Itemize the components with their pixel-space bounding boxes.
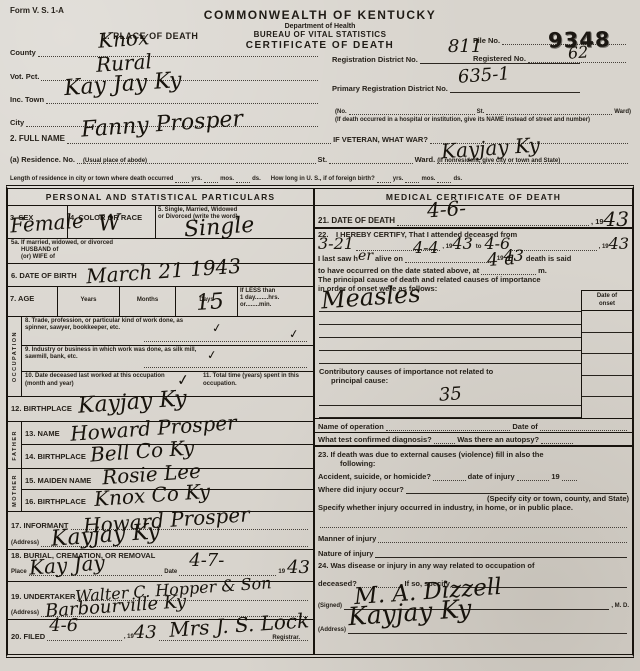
- certify-death-said: death is said: [526, 254, 571, 263]
- len-yrs: yrs.: [191, 176, 202, 183]
- cause-of-death-value: Measles: [320, 284, 421, 312]
- father-vertical-strip: FATHER: [8, 422, 22, 468]
- age-label: 7. AGE: [10, 294, 34, 303]
- occupation-vertical-label: OCCUPATION: [12, 331, 18, 382]
- age-label-cell: 7. AGE: [8, 287, 58, 316]
- residence-st-label: St.: [318, 155, 328, 164]
- burial-place-label: Place: [11, 569, 27, 576]
- injury-date-line: [517, 472, 550, 481]
- form-number: Form V. S. 1-A: [10, 6, 64, 16]
- filed-label: 20. FILED: [11, 632, 45, 641]
- length-residence-row: Length of residence in city or town wher…: [10, 174, 630, 183]
- len-mos2: mos.: [421, 176, 435, 183]
- age-less-2: 1 day........hrs.: [240, 295, 311, 302]
- father-name-label: 13. NAME: [25, 429, 60, 438]
- operation-date-label: Date of: [512, 422, 537, 431]
- registration-district-label: Registration District No.: [332, 55, 418, 64]
- primary-district-row: Primary Registration District No. 635-1: [332, 84, 582, 93]
- autopsy-line: [541, 435, 573, 444]
- inc-town-label: Inc. Town: [10, 95, 44, 104]
- certify-to-line: [512, 242, 596, 251]
- cause-area: Measles Contributory causes of importanc…: [315, 291, 632, 419]
- st-note-line: [486, 106, 612, 115]
- no-note-line: [349, 106, 475, 115]
- residence-ward-label: Ward.: [415, 155, 436, 164]
- informant-address-label: (Address): [11, 540, 39, 547]
- filed-year-value: 43: [134, 625, 157, 641]
- len-yrs2: yrs.: [393, 176, 404, 183]
- certify-m-label: m.: [538, 266, 547, 275]
- date-of-onset-box: Date of onset: [581, 290, 633, 311]
- len-line-4: [377, 174, 391, 183]
- age-months-label: Months: [137, 297, 158, 303]
- onset-cell: [582, 333, 632, 355]
- where-injury-label: Where did injury occur?: [318, 485, 404, 494]
- len-mos: mos.: [220, 176, 234, 183]
- burial-date-label: Date: [164, 569, 177, 576]
- mother-block: MOTHER 15. MAIDEN NAME Rosie Lee 16. BIR…: [8, 469, 313, 512]
- burial-date-value: 4-7-: [189, 553, 224, 569]
- birthplace-label: 12. BIRTHPLACE: [11, 404, 72, 413]
- specify-note: Specify whether injury occurred in indus…: [318, 503, 629, 512]
- spouse-line-2: HUSBAND of: [21, 247, 310, 254]
- external-causes-block: 23. If death was due to external causes …: [315, 447, 632, 558]
- primary-district-line: 635-1: [450, 84, 580, 93]
- city-label: City: [10, 118, 24, 127]
- cause-line-1: Measles: [319, 291, 581, 312]
- mother-bp-value: Knox Co Ky: [94, 482, 211, 508]
- autopsy-label: Was there an autopsy?: [457, 435, 539, 444]
- residence-label: (a) Residence. No.: [10, 155, 75, 164]
- len-line-3: [236, 174, 250, 183]
- nature-line: [375, 549, 627, 558]
- certify-to-year: 43: [609, 237, 629, 251]
- occupation-trade-row: 8. Trade, profession, or particular kind…: [22, 317, 313, 346]
- certify-last-saw: I last saw h: [318, 254, 358, 263]
- place-of-death-title: 1. PLACE OF DEATH: [40, 31, 260, 42]
- cause-line-3: [319, 325, 581, 338]
- death-certificate-page: Form V. S. 1-A COMMONWEALTH OF KENTUCKY …: [0, 0, 640, 671]
- marital-cell: 5. Single, Married, Widowed or Divorced …: [156, 206, 313, 238]
- burial-year-prefix: 19: [278, 569, 285, 576]
- residence-row: (a) Residence. No. (Usual place of abode…: [10, 155, 630, 164]
- medical-title: MEDICAL CERTIFICATE OF DEATH: [315, 189, 632, 206]
- onset-cell: [582, 354, 632, 376]
- st-note: St.: [477, 109, 485, 115]
- occ9-line: [144, 359, 307, 368]
- contributory-label-1: Contributory causes of importance not re…: [319, 367, 581, 376]
- occ8-checkmark: ✓: [212, 324, 223, 333]
- hospital-note: (If death occurred in a hospital or inst…: [335, 117, 631, 123]
- len-line-1: [175, 174, 189, 183]
- test-label: What test confirmed diagnosis?: [318, 435, 432, 444]
- abode-note: (Usual place of abode): [83, 158, 147, 164]
- dob-label: 6. DATE OF BIRTH: [11, 271, 77, 280]
- certify-to-label: to: [476, 244, 482, 251]
- dod-line: 4-6-: [397, 217, 589, 226]
- cause-line-4: [319, 338, 581, 351]
- age-less-1: If LESS than: [240, 288, 311, 295]
- commonwealth-title: COMMONWEALTH OF KENTUCKY: [140, 8, 500, 22]
- mother-name-label: 15. MAIDEN NAME: [25, 476, 91, 485]
- deceased-label: deceased?: [318, 579, 357, 588]
- certify-year-prefix-1: , 19: [442, 244, 452, 251]
- date-of-death-row: 21. DATE OF DEATH 4-6- , 1943: [315, 206, 632, 229]
- certify-from-value: 3-21: [318, 237, 354, 251]
- certify-alive-line: 4-4: [405, 254, 492, 263]
- filed-date-line: 4-6: [47, 632, 122, 641]
- specify-city-note: (Specify city or town, county, and State…: [318, 494, 629, 503]
- signed-label: (Signed): [318, 603, 342, 610]
- external-line-2: following:: [340, 459, 629, 468]
- street-note-block: (No. St. Ward) (If death occurred in a h…: [335, 106, 631, 123]
- registrar-label: Registrar.: [272, 635, 300, 641]
- operation-date-line: [540, 422, 627, 431]
- age-days-cell: Days 15: [176, 287, 238, 316]
- county-row: County Knox: [10, 48, 320, 57]
- cause-line-6: [319, 406, 581, 418]
- full-name-value: Fanny Prosper: [80, 109, 243, 140]
- onset-label-1: Date of: [582, 293, 632, 301]
- occ11-text: 11. Total time (years) spent in this occ…: [203, 373, 310, 387]
- filed-date-value: 4-6: [49, 618, 78, 634]
- where-injury-line: [406, 485, 627, 494]
- len-line-5: [405, 174, 419, 183]
- age-years-label: Years: [80, 297, 96, 303]
- contributory-value-line: 35: [319, 391, 581, 406]
- md-label: , M. D.: [611, 603, 629, 610]
- age-days-value: 15: [195, 292, 224, 314]
- dob-row: 6. DATE OF BIRTH March 21 1943: [8, 264, 313, 287]
- occ9-checkmark: ✓: [207, 351, 218, 360]
- nature-label: Nature of injury: [318, 549, 373, 558]
- dod-label: 21. DATE OF DEATH: [318, 216, 395, 226]
- no-note: (No.: [335, 109, 347, 115]
- ward-note: Ward): [614, 109, 631, 115]
- operation-row: Name of operation Date of: [315, 419, 632, 433]
- father-vertical-label: FATHER: [12, 430, 18, 461]
- department-subtitle: Department of Health: [140, 23, 500, 30]
- test-line: [434, 435, 455, 444]
- occ8-text: 8. Trade, profession, or particular kind…: [25, 318, 200, 332]
- mother-bp-label: 16. BIRTHPLACE: [25, 497, 86, 506]
- residence-st-line: [329, 155, 412, 164]
- spouse-line-1: 5a. If married, widowed, or divorced: [11, 240, 310, 247]
- nonresident-note: (If nonresident, give city or town and S…: [437, 158, 560, 164]
- certify-hour-value: 4 a: [487, 251, 516, 269]
- age-months-cell: Months: [120, 287, 176, 316]
- cause-line-5: [319, 351, 581, 364]
- birthplace-value: Kayjay Ky: [77, 389, 187, 416]
- sex-cell: 3. SEX Female: [8, 206, 68, 238]
- sex-value: Female: [9, 211, 84, 234]
- undertaker-address-label: (Address): [11, 610, 39, 617]
- len-ds: ds.: [252, 176, 261, 183]
- occ-q-line-1: 24. Was disease or injury in any way rel…: [318, 561, 629, 570]
- dod-year-prefix: , 19: [591, 217, 604, 226]
- operation-line: [386, 422, 511, 431]
- marital-value: Single: [183, 216, 255, 241]
- occupation-vertical-strip: OCCUPATION: [8, 317, 22, 396]
- occ10-text: 10. Date deceased last worked at this oc…: [25, 373, 175, 387]
- certify-hour-line: 4 a: [481, 266, 536, 275]
- primary-district-value: 635-1: [457, 66, 510, 86]
- age-less-3: or........min.: [240, 302, 311, 309]
- injury-year-line: [562, 472, 578, 481]
- certify-year-prefix-2: , 19: [599, 244, 609, 251]
- precinct-label: Vot. Pct.: [10, 72, 39, 81]
- external-line-1: 23. If death was due to external causes …: [318, 450, 629, 459]
- onset-cell: [582, 376, 632, 398]
- contributory-value: 35: [438, 386, 462, 404]
- residence-line: (Usual place of abode): [77, 155, 316, 164]
- occ8-line: [144, 333, 307, 342]
- test-row: What test confirmed diagnosis? Was there…: [315, 433, 632, 447]
- registration-district-value: 811: [448, 39, 482, 55]
- filed-row: 20. FILED 4-6 , 1943 Mrs J. S. Lock Regi…: [8, 620, 313, 648]
- mother-vertical-label: MOTHER: [12, 474, 18, 507]
- burial-year-value: 43: [287, 560, 310, 576]
- age-years-cell: Years: [58, 287, 120, 316]
- certify-alive-label: alive on: [375, 254, 403, 263]
- personal-title: PERSONAL AND STATISTICAL PARTICULARS: [8, 189, 313, 206]
- registration-district-row: Registration District No. 811: [332, 55, 582, 64]
- dod-value: 4-6-: [426, 199, 466, 220]
- signed-address-label: (Address): [318, 627, 346, 634]
- inc-town-value: Kay Jay Ky: [63, 71, 182, 99]
- occupation-industry-row: 9. Industry or business in which work wa…: [22, 346, 313, 373]
- inc-town-row: Inc. Town Kay Jay Ky: [10, 95, 320, 104]
- onset-column: Date of onset: [581, 291, 632, 418]
- race-value: W: [97, 213, 121, 234]
- us-label: How long in U. S., if of foreign birth?: [271, 176, 375, 183]
- sex-race-marital-row: 3. SEX Female 4. COLOR OR RACE W 5. Sing…: [8, 206, 313, 239]
- header-titles: COMMONWEALTH OF KENTUCKY Department of H…: [140, 8, 500, 51]
- certify-her: er: [358, 250, 373, 263]
- occupation-block: OCCUPATION 8. Trade, profession, or part…: [8, 317, 313, 397]
- personal-column: PERSONAL AND STATISTICAL PARTICULARS 3. …: [8, 189, 315, 654]
- main-grid: PERSONAL AND STATISTICAL PARTICULARS 3. …: [6, 185, 634, 658]
- dod-year-value: 43: [604, 210, 629, 228]
- veteran-label: IF VETERAN, WHAT WAR?: [333, 135, 428, 144]
- father-bp-label: 14. BIRTHPLACE: [25, 452, 86, 461]
- age-less-cell: If LESS than 1 day........hrs. or.......…: [238, 287, 313, 316]
- age-row: 7. AGE Years Months Days 15 If LESS than…: [8, 287, 313, 317]
- county-value: Knox: [97, 28, 149, 50]
- informant-row: 17. INFORMANT Howard Prosper (Address) K…: [8, 512, 313, 550]
- mother-vertical-strip: MOTHER: [8, 469, 22, 511]
- registrar-line: Mrs J. S. Lock Registrar.: [159, 632, 308, 641]
- full-name-line: Fanny Prosper: [67, 135, 331, 144]
- specify-blank-line: [320, 519, 627, 528]
- residence-ward-line: Kayjay Ky (If nonresident, give city or …: [437, 155, 628, 164]
- manner-label: Manner of injury: [318, 534, 376, 543]
- certify-alive-value: 4-4: [413, 241, 439, 255]
- cause-line-2: [319, 312, 581, 325]
- accident-label: Accident, suicide, or homicide?: [318, 472, 431, 481]
- manner-line: [378, 534, 627, 543]
- county-label: County: [10, 48, 36, 57]
- inc-town-line: Kay Jay Ky: [46, 95, 318, 104]
- full-name-label: 2. FULL NAME: [10, 134, 65, 144]
- county-line: Knox: [38, 48, 318, 57]
- injury-year-label: 19: [551, 472, 559, 481]
- filed-year-prefix: , 19: [124, 634, 134, 641]
- medical-column: MEDICAL CERTIFICATE OF DEATH 21. DATE OF…: [315, 189, 632, 654]
- len-line-2: [204, 174, 218, 183]
- residence-value: Kayjay Ky: [441, 136, 541, 161]
- accident-line: [433, 472, 466, 481]
- length-label: Length of residence in city or town wher…: [10, 176, 173, 183]
- len-line-6: [437, 174, 451, 183]
- certify-block: 22. I HEREBY CERTIFY, That I attended de…: [315, 229, 632, 291]
- registration-district-line: 811: [420, 55, 580, 64]
- header: Form V. S. 1-A COMMONWEALTH OF KENTUCKY …: [0, 0, 640, 185]
- len-ds2: ds.: [453, 176, 462, 183]
- onset-cell: [582, 311, 632, 333]
- primary-district-label: Primary Registration District No.: [332, 84, 448, 93]
- onset-cell: [582, 397, 632, 418]
- occ10-checkmark: ✓: [176, 375, 190, 386]
- certify-occurred: to have occurred on the date stated abov…: [318, 266, 479, 275]
- burial-place-value: Kay Jay: [28, 553, 105, 576]
- certify-from-year: 43: [452, 237, 472, 251]
- onset-label-2: onset: [582, 301, 632, 309]
- occupation-question-block: 24. Was disease or injury in any way rel…: [315, 558, 632, 654]
- operation-label: Name of operation: [318, 422, 384, 431]
- injury-date-label: date of injury: [468, 472, 515, 481]
